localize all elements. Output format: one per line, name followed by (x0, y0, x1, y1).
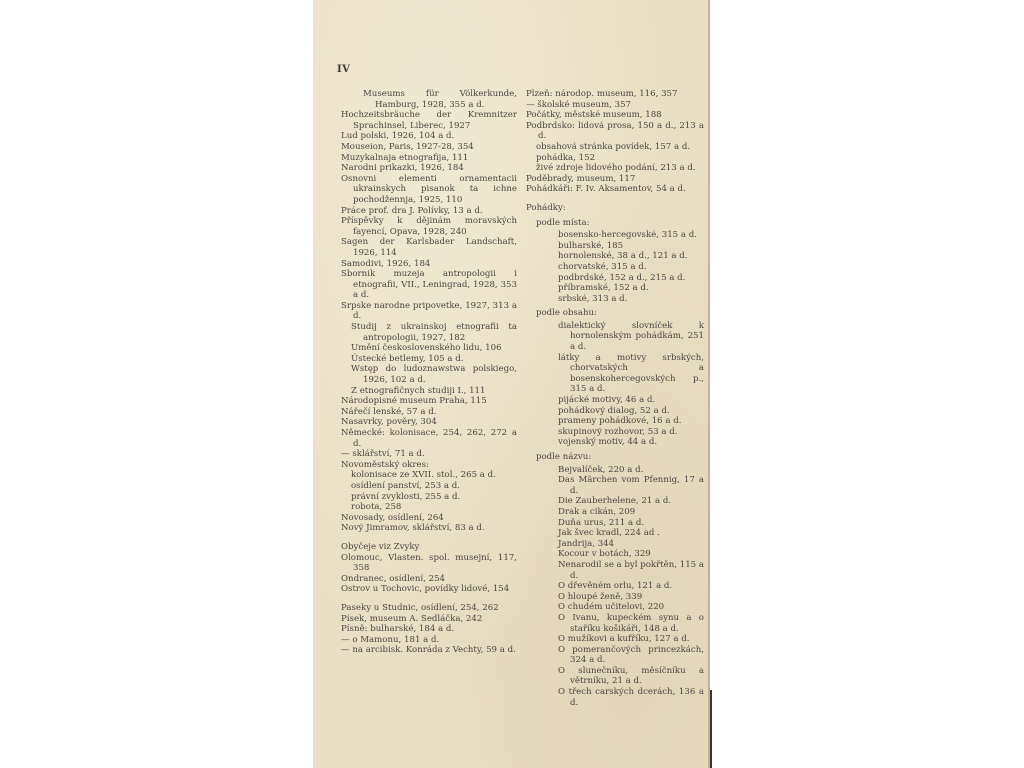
index-entry: Samodivi, 1926, 184 (341, 259, 517, 270)
index-entry: Olomouc, Vlasten. spol. musejní, 117, 35… (341, 553, 517, 574)
index-entry: vojenský motiv, 44 a d. (526, 437, 704, 448)
index-entry: Drak a cikán, 209 (526, 507, 704, 518)
index-entry: Novoměstský okres: (341, 460, 517, 471)
index-entry: Ondranec, osídlení, 254 (341, 574, 517, 585)
index-entry: Pohádky: (526, 203, 704, 214)
index-entry: O mužíkovi a kufříku, 127 a d. (526, 634, 704, 645)
index-entry: bosensko-hercegovské, 315 a d. (526, 230, 704, 241)
index-entry: Paseky u Studnic, osídlení, 254, 262 (341, 603, 517, 614)
index-entry: Z etnografičnych studiji I., 111 (341, 386, 517, 397)
index-entry: chorvatské, 315 a d. (526, 262, 704, 273)
index-entry: — o Mamonu, 181 a d. (341, 635, 517, 646)
index-entry: Písek, museum A. Sedláčka, 242 (341, 614, 517, 625)
index-entry: Narodni prikazki, 1926, 184 (341, 163, 517, 174)
index-entry: Ústecké betlemy, 105 a d. (341, 354, 517, 365)
book-page: IV Museums für Völkerkunde, Hamburg, 192… (313, 0, 710, 768)
index-column-right: Plzeň: národop. museum, 116, 357— školsk… (526, 89, 704, 708)
index-entry: Nasavrky, pověry, 304 (341, 417, 517, 428)
index-entry: Duňa urus, 211 a d. (526, 518, 704, 529)
index-entry: kolonisace ze XVII. stol., 265 a d. (341, 470, 517, 481)
index-entry: podle místa: (526, 218, 704, 229)
index-entry: Osnovni elementi ornamentacii ukrainskyc… (341, 174, 517, 206)
index-entry: Písně: bulharské, 184 a d. (341, 624, 517, 635)
index-entry: O slunečníku, měsíčníku a větrníku, 21 a… (526, 666, 704, 687)
index-entry: dialektický slovníček k hornolenským poh… (526, 321, 704, 353)
index-entry: O Ivanu, kupeckém synu a o staříku košik… (526, 613, 704, 634)
index-entry: osídlení panství, 253 a d. (341, 481, 517, 492)
index-entry: Příspěvky k dějinám moravských fayencí, … (341, 216, 517, 237)
index-entry: pohádka, 152 (526, 153, 704, 164)
index-entry: srbské, 313 a d. (526, 294, 704, 305)
index-entry: Poděbrady, museum, 117 (526, 174, 704, 185)
index-entry: Jak švec kradl, 224 ad . (526, 528, 704, 539)
index-entry: Studij z ukrainskoj etnografii ta antrop… (341, 322, 517, 343)
index-entry: Lud polski, 1926, 104 a d. (341, 131, 517, 142)
index-entry: Počátky, městské museum, 188 (526, 110, 704, 121)
index-entry: Jandrija, 344 (526, 539, 704, 550)
index-entry: obsahová stránka povídek, 157 a d. (526, 142, 704, 153)
index-entry: Práce prof. dra J. Polívky, 13 a d. (341, 206, 517, 217)
index-entry: Německé: kolonisace, 254, 262, 272 a d. (341, 428, 517, 449)
index-entry: Nářečí lenské, 57 a d. (341, 407, 517, 418)
index-entry: Bejvalíček, 220 a d. (526, 465, 704, 476)
index-entry: podle obsahu: (526, 308, 704, 319)
index-entry: Pohádkáři: F. Iv. Aksamentov, 54 a d. (526, 184, 704, 195)
index-entry: bulharské, 185 (526, 241, 704, 252)
index-entry: Umění československého lidu, 106 (341, 343, 517, 354)
index-entry: Novosady, osídlení, 264 (341, 513, 517, 524)
page-number: IV (337, 64, 350, 75)
index-entry: — na arcibisk. Konráda z Vechty, 59 a d. (341, 645, 517, 656)
index-entry: Podbrdsko: lidová prosa, 150 a d., 213 a… (526, 121, 704, 142)
index-entry: Hochzeitsbräuche der Kremnitzer Sprachin… (341, 110, 517, 131)
index-entry: Kocour v botách, 329 (526, 549, 704, 560)
index-entry: Die Zauberhelene, 21 a d. (526, 496, 704, 507)
index-entry: podbrdské, 152 a d., 215 a d. (526, 273, 704, 284)
index-entry: Wstęp do ludoznawstwa polskiego, 1926, 1… (341, 364, 517, 385)
index-entry: Nenarodil se a byl pokřtěn, 115 a d. (526, 560, 704, 581)
index-entry: právní zvyklosti, 255 a d. (341, 492, 517, 503)
index-entry: Sagen der Karlsbader Landschaft, 1926, 1… (341, 237, 517, 258)
page-edge-shadow (710, 690, 712, 768)
index-entry: příbramské, 152 a d. (526, 283, 704, 294)
index-entry: Das Märchen vom Pfennig, 17 a d. (526, 475, 704, 496)
index-entry: O hloupé ženě, 339 (526, 592, 704, 603)
index-entry: podle názvu: (526, 452, 704, 463)
index-entry: Mouseion, Paris, 1927-28, 354 (341, 142, 517, 153)
index-entry: O pomerančových princezkách, 324 a d. (526, 645, 704, 666)
index-entry: Obyčeje viz Zvyky (341, 542, 517, 553)
index-entry: Srpske narodne pripovetke, 1927, 313 a d… (341, 301, 517, 322)
index-entry: látky a motivy srbských, chorvatských a … (526, 353, 704, 395)
index-entry: Plzeň: národop. museum, 116, 357 (526, 89, 704, 100)
index-entry: robota, 258 (341, 502, 517, 513)
index-entry: živé zdroje lidového podání, 213 a d. (526, 163, 704, 174)
index-entry: — školské museum, 357 (526, 100, 704, 111)
index-entry: O dřevěném orlu, 121 a d. (526, 581, 704, 592)
index-entry: Museums für Völkerkunde, Hamburg, 1928, … (341, 89, 517, 110)
index-entry: pijácké motivy, 46 a d. (526, 395, 704, 406)
index-entry: Ostrov u Tochovic, povídky lidové, 154 (341, 584, 517, 595)
index-entry: Muzykalnaja etnografija, 111 (341, 153, 517, 164)
index-entry: skupinový rozhovor, 53 a d. (526, 427, 704, 438)
index-entry: Národopisné museum Praha, 115 (341, 396, 517, 407)
index-column-left: Museums für Völkerkunde, Hamburg, 1928, … (341, 89, 517, 656)
index-entry: Sbornik muzeja antropologii i etnografii… (341, 269, 517, 301)
index-entry: O třech carských dcerách, 136 a d. (526, 687, 704, 708)
index-entry: pohádkový dialog, 52 a d. (526, 406, 704, 417)
index-entry: prameny pohádkové, 16 a d. (526, 416, 704, 427)
index-entry: — sklářství, 71 a d. (341, 449, 517, 460)
index-entry: Nový Jimramov, sklářství, 83 a d. (341, 523, 517, 534)
index-entry: hornolenské, 38 a d., 121 a d. (526, 251, 704, 262)
index-entry: O chudém učitelovi, 220 (526, 602, 704, 613)
